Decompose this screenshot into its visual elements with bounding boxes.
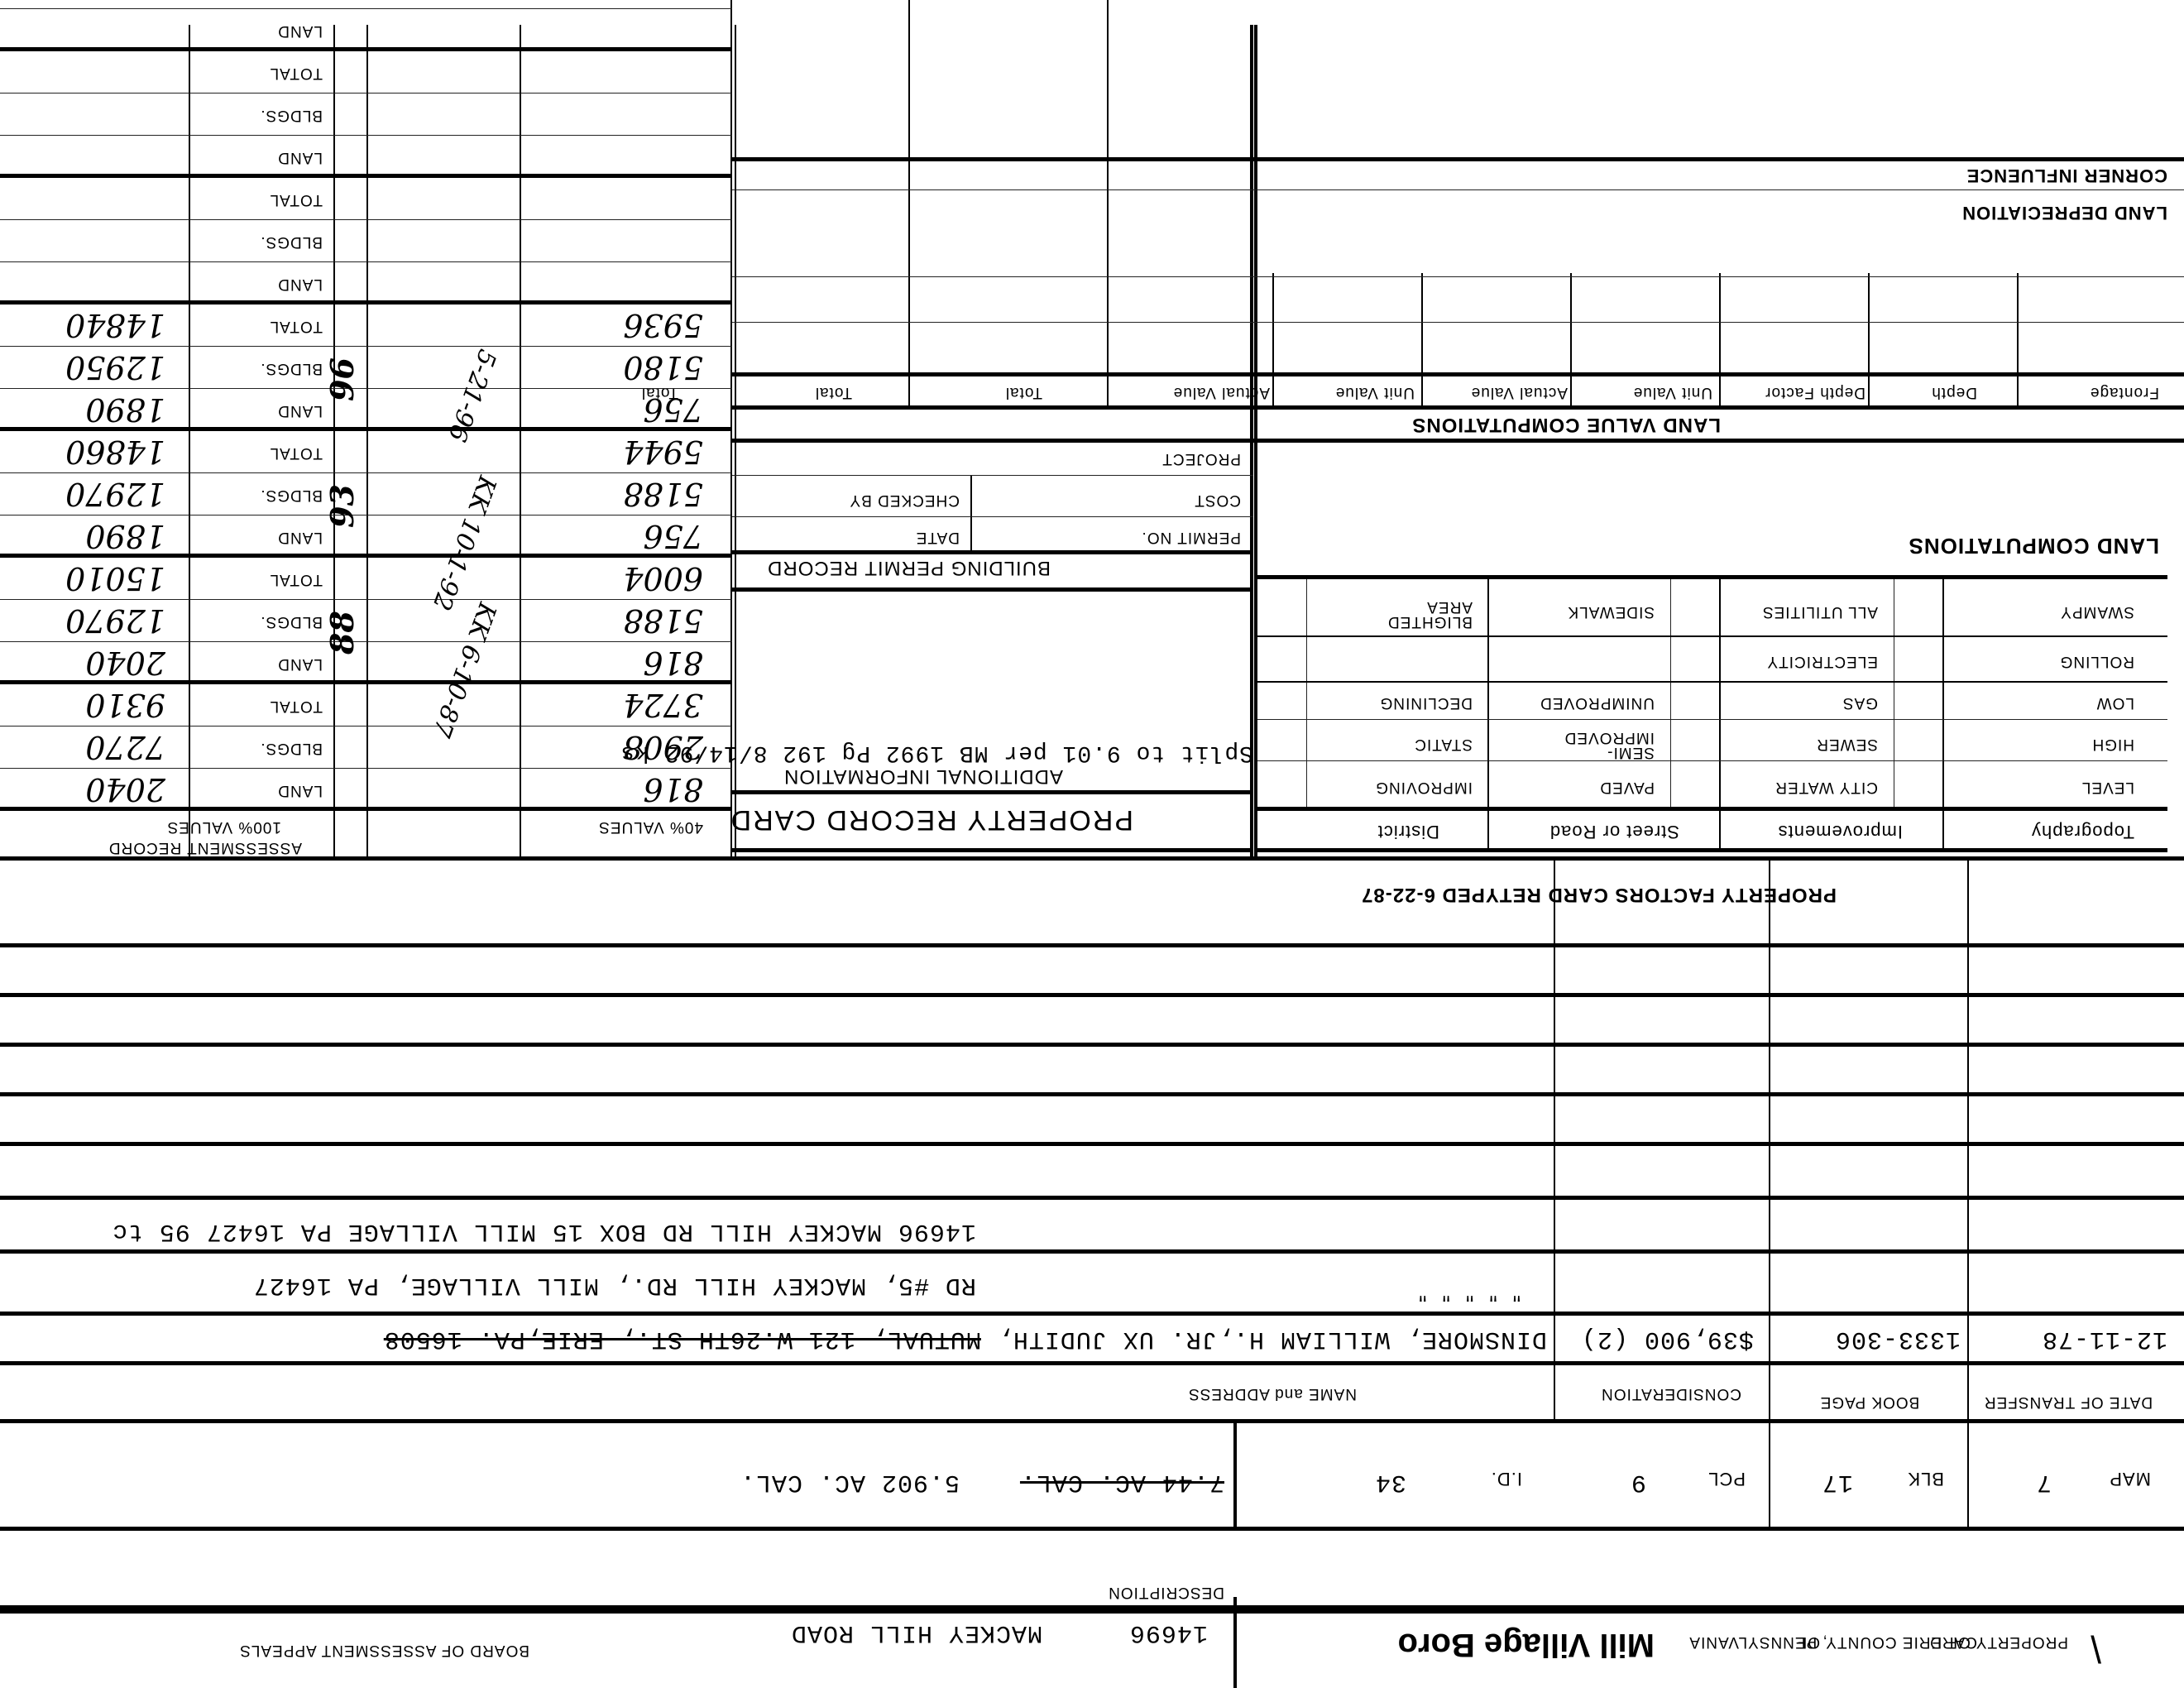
value-100-bldgs: 12970: [65, 476, 165, 512]
transfer-address-3: 14696 MACKEY HILL RD BOX 15 MILL VILLAGE…: [112, 1217, 976, 1245]
transfer-consideration-header: CONSIDERATION: [1601, 1384, 1741, 1403]
row-divider: [0, 93, 732, 94]
lvc-col-depth: Depth: [1931, 383, 1977, 401]
factor-col-street: Street or Road: [1549, 821, 1679, 842]
lvc-col-total-2: Total: [815, 383, 852, 401]
acreage-note: 5.902 AC. CAL.: [740, 1468, 960, 1496]
assessment-row-label: TOTAL: [270, 697, 323, 715]
col-100-values: 100% VALUES: [167, 818, 281, 836]
ditto-marks: " " " " ": [1416, 1283, 1522, 1303]
permit-project-label: PROJECT: [1161, 449, 1241, 468]
additional-info-text: Split to 9.01 per MB 1992 Pg 192 8/14/92…: [620, 740, 1253, 765]
value-40-bldgs: 5188: [623, 476, 703, 512]
value-100-bldgs: 7270: [85, 729, 165, 765]
transfer-date: 12-11-78: [2042, 1325, 2167, 1353]
additional-info-label: ADDITIONAL INFORMATION: [783, 765, 1063, 788]
row-divider: [0, 261, 732, 262]
lvc-col-frontage: Frontage: [2090, 383, 2159, 401]
factor-city-water: CITY WATER: [1774, 778, 1878, 796]
value-40-land: 816: [643, 645, 703, 681]
assessment-row-label: TOTAL: [270, 444, 323, 462]
row-divider: [0, 346, 732, 347]
assessment-row-label: LAND: [277, 781, 323, 799]
description-label: DESCRIPTION: [1108, 1583, 1224, 1601]
assessment-year: 96: [323, 357, 361, 401]
value-40-land: 756: [643, 518, 703, 554]
value-40-bldgs: 5188: [623, 602, 703, 639]
map-value: 7: [2036, 1468, 2052, 1496]
factor-col-topography: Topography: [2031, 821, 2134, 842]
struck-address: MUTUAL, 121 W.26TH ST., ERIE,PA. 16508: [384, 1325, 981, 1353]
factor-sewer: SEWER: [1816, 735, 1878, 753]
row-divider: [0, 8, 732, 9]
col-40-values: 40% VALUES: [598, 818, 703, 836]
pcl-value: 9: [1631, 1468, 1646, 1496]
assessment-row-label: LAND: [277, 275, 323, 293]
acreage-note-struck: 7.44 AC. CAL.: [1020, 1468, 1224, 1496]
lvc-col-depth-factor: Depth Factor: [1765, 383, 1865, 401]
value-100-total: 15010: [65, 560, 165, 597]
permit-checked-by-label: CHECKED BY: [849, 491, 960, 509]
factor-low: LOW: [2096, 693, 2134, 712]
transfer-consideration: $39,900 (2): [1581, 1325, 1754, 1353]
row-divider: [0, 599, 732, 600]
value-40-land: 756: [643, 391, 703, 428]
row-divider: [0, 641, 732, 642]
factor-static: STATIC: [1414, 735, 1473, 753]
id-label: I.D.: [1491, 1468, 1522, 1489]
assessment-row-label: LAND: [277, 401, 323, 420]
assessment-row-label: BLDGS.: [260, 106, 323, 124]
factor-gas: GAS: [1842, 693, 1878, 712]
municipality-name: Mill Village Boro: [1398, 1626, 1655, 1663]
value-40-total: 3724: [623, 687, 703, 723]
description-text: MACKEY HILL ROAD: [791, 1618, 1042, 1647]
factor-unimproved: UNIMPROVED: [1540, 693, 1655, 712]
row-divider: [0, 300, 732, 305]
assessment-row-label: TOTAL: [270, 570, 323, 588]
value-40-total: 5936: [623, 307, 703, 343]
row-divider: [0, 515, 732, 516]
value-40-total: 5944: [623, 434, 703, 470]
assessment-row-label: BLDGS.: [260, 359, 323, 377]
value-100-land: 1890: [85, 391, 165, 428]
assessment-row-label: LAND: [277, 148, 323, 166]
appeals-header: BOARD OF ASSESSMENT APPEALS: [239, 1641, 529, 1659]
description-number: 14696: [1129, 1618, 1208, 1647]
value-100-total: 14860: [65, 434, 165, 470]
transfer-bookpage-header: BOOK PAGE: [1803, 1393, 1936, 1411]
value-100-land: 2040: [85, 645, 165, 681]
land-value-computations-title: LAND VALUE COMPUTATIONS: [1411, 413, 1721, 436]
map-label: MAP: [2109, 1468, 2151, 1489]
value-100-bldgs: 12950: [65, 349, 165, 386]
lvc-col-unit-value-2: Unit Value: [1335, 383, 1415, 401]
lvc-col-total-1: Total: [1005, 383, 1042, 401]
transfer-name: DINSMORE, WILLIAM H.,JR. UX JUDITH, MUTU…: [384, 1325, 1547, 1353]
value-40-total: 6004: [623, 560, 703, 597]
land-computations-title: LAND COMPUTATIONS: [1909, 533, 2159, 559]
factor-improving: IMPROVING: [1375, 778, 1473, 796]
assessment-row-label: BLDGS.: [260, 486, 323, 504]
assessment-row-label: BLDGS.: [260, 233, 323, 251]
factor-col-improvements: Improvements: [1778, 821, 1903, 842]
land-depreciation-label: LAND DEPRECIATION: [1961, 202, 2167, 223]
value-40-land: 816: [643, 771, 703, 808]
assessment-row-label: TOTAL: [270, 317, 323, 335]
transfer-date-header: DATE OF TRANSFER: [1977, 1393, 2159, 1411]
transfer-address-2: RD #5, MACKEY HILL RD., MILL VILLAGE, PA…: [253, 1271, 976, 1299]
blk-value: 17: [1822, 1468, 1853, 1496]
value-40-bldgs: 2908: [623, 729, 703, 765]
factor-rolling: ROLLING: [2060, 652, 2134, 670]
value-40-bldgs: 5180: [623, 349, 703, 386]
value-100-total: 14840: [65, 307, 165, 343]
assessment-year: 88: [323, 611, 361, 655]
factor-electricity: ELECTRICITY: [1766, 652, 1878, 670]
assessment-note: KK 6-10-87: [426, 599, 501, 741]
owner-name: DINSMORE, WILLIAM H.,JR. UX JUDITH,: [981, 1325, 1547, 1353]
permit-no-label: PERMIT NO.: [1142, 528, 1242, 546]
assessment-note: KK 10-1-92: [426, 472, 501, 615]
pcl-label: PCL: [1707, 1468, 1746, 1489]
owner-header: PROPERTY OF ERIE COUNTY, PENNSYLVANIA: [1688, 1633, 2068, 1651]
card-of-label: OF: [1797, 1633, 1820, 1651]
row-divider: [0, 388, 732, 389]
assessment-row-label: TOTAL: [270, 190, 323, 209]
row-divider: [0, 472, 732, 473]
factor-col-district: District: [1377, 821, 1439, 842]
factor-declining: DECLINING: [1380, 693, 1473, 712]
lvc-col-unit-value-1: Unit Value: [1633, 383, 1712, 401]
record-card-title: PROPERTY RECORD CARD: [730, 803, 1133, 836]
assessment-row-label: BLDGS.: [260, 739, 323, 757]
property-record-card: BOARD OF ASSESSMENT APPEALS PROPERTY OF …: [0, 0, 2184, 1688]
permit-date-label: DATE: [916, 528, 960, 546]
transfer-bookpage: 1333-306: [1835, 1325, 1961, 1353]
factor-high: HIGH: [2092, 735, 2135, 753]
row-divider: [0, 768, 732, 769]
factor-semi-improved: SEMI-IMPROVED: [1530, 730, 1655, 760]
permit-cost-label: COST: [1194, 491, 1241, 509]
corner-influence-label: CORNER INFLUENCE: [1966, 165, 2167, 186]
factor-all-utilities: ALL UTILITIES: [1762, 602, 1878, 621]
factor-swampy: SWAMPY: [2060, 602, 2134, 621]
blk-label: BLK: [1907, 1468, 1944, 1489]
row-divider: [0, 219, 732, 220]
value-100-total: 9310: [85, 687, 165, 723]
row-divider: [0, 174, 732, 178]
transfer-name-header: NAME and ADDRESS: [1188, 1384, 1357, 1403]
assessment-row-label: BLDGS.: [260, 612, 323, 631]
lvc-col-actual-value-2: Actual Value: [1173, 383, 1270, 401]
id-value: 34: [1375, 1468, 1406, 1496]
factor-level: LEVEL: [2081, 778, 2134, 796]
property-factors-title: PROPERTY FACTORS CARD RETYPED 6-22-87: [1361, 883, 1837, 906]
value-100-land: 2040: [85, 771, 165, 808]
row-divider: [0, 726, 732, 727]
assessment-row-label: LAND: [277, 655, 323, 673]
building-permit-title: BUILDING PERMIT RECORD: [767, 556, 1051, 579]
factor-blighted-area: BLIGHTED AREA: [1357, 599, 1473, 629]
value-100-land: 1890: [85, 518, 165, 554]
card-label: CARD: [1929, 1633, 1977, 1651]
assessment-year: 93: [323, 484, 361, 528]
lvc-col-actual-value-1: Actual Value: [1471, 383, 1568, 401]
check-mark: \: [2091, 1627, 2101, 1671]
assessment-row-label: LAND: [277, 528, 323, 546]
row-divider: [0, 135, 732, 136]
assessment-row-label: TOTAL: [270, 64, 323, 82]
row-divider: [0, 47, 732, 51]
assessment-record-title: ASSESSMENT RECORD: [108, 838, 302, 856]
assessment-row-label: LAND: [277, 22, 323, 40]
value-100-bldgs: 12970: [65, 602, 165, 639]
factor-paved: PAVED: [1599, 778, 1655, 796]
factor-sidewalk: SIDEWALK: [1568, 602, 1655, 621]
